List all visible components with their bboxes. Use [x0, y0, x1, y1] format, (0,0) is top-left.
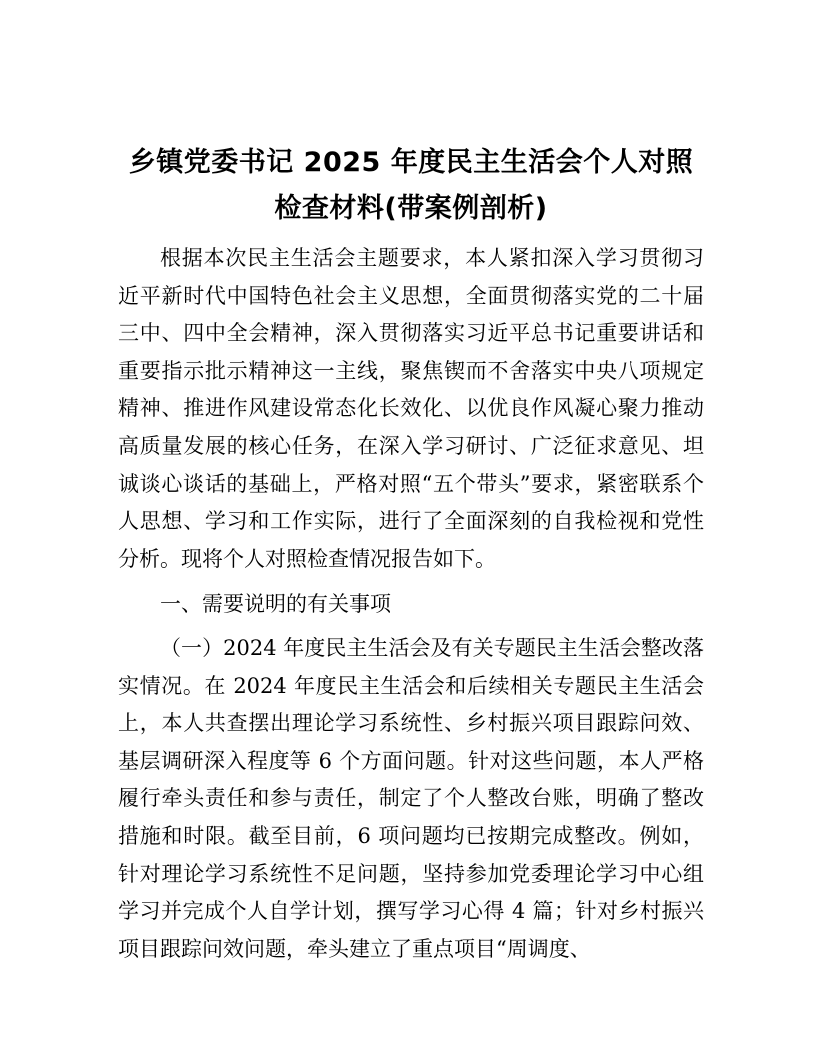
document-page: 乡镇党委书记 2025 年度民主生活会个人对照检查材料(带案例剖析) 根据本次民… [0, 0, 816, 1056]
document-content: 乡镇党委书记 2025 年度民主生活会个人对照检查材料(带案例剖析) 根据本次民… [118, 140, 704, 968]
paragraph-intro: 根据本次民主生活会主题要求，本人紧扣深入学习贯彻习近平新时代中国特色社会主义思想… [118, 240, 704, 578]
document-title: 乡镇党委书记 2025 年度民主生活会个人对照检查材料(带案例剖析) [118, 140, 704, 232]
paragraph-section-1-item-1: （一）2024 年度民主生活会及有关专题民主生活会整改落实情况。在 2024 年… [118, 630, 704, 968]
section-1-heading: 一、需要说明的有关事项 [118, 586, 704, 624]
